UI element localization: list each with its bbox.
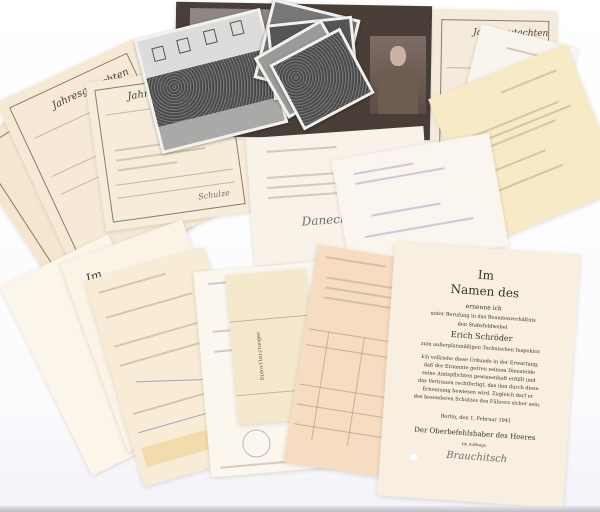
photo-scene: Jahresgutachten Jahresgutachten Schulze (0, 0, 600, 512)
soldier-portrait (370, 36, 426, 114)
table-edge (0, 506, 600, 512)
appointment-certificate: Im Namen des ernenne ich unter Berufung … (377, 242, 580, 508)
round-stamp (241, 428, 271, 458)
slip-label: Dienstleistungen (256, 332, 266, 381)
cert-signature: Brauchitsch (446, 450, 508, 465)
punch-hole (410, 453, 417, 460)
